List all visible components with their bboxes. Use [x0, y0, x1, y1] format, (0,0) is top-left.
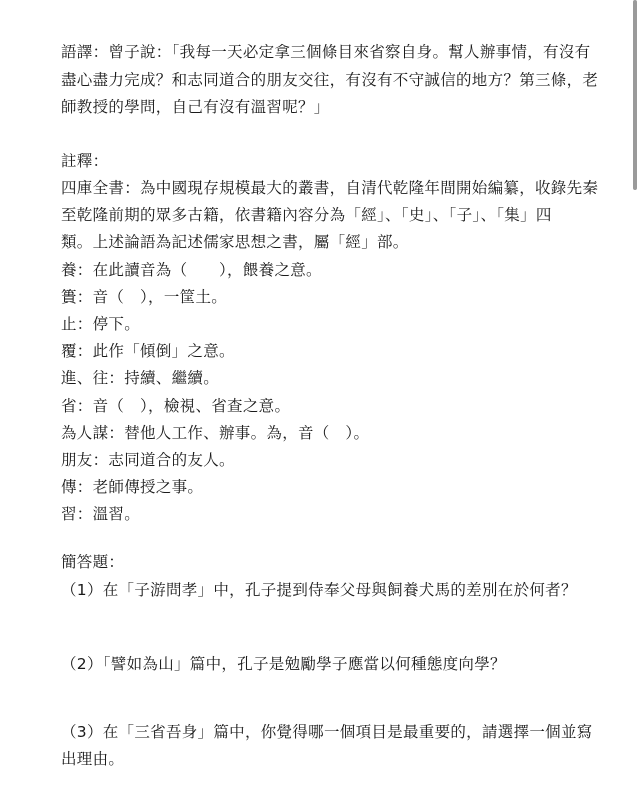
- note-line: 養：在此讀音為（ ），餵養之意。: [61, 260, 322, 280]
- question-3-continued: 出理由。: [61, 749, 124, 769]
- note-line: 四庫全書：為中國現存規模最大的叢書，自清代乾隆年間開始編纂，收錄先秦: [61, 178, 598, 198]
- question-1: （1）在「子游問孝」中，孔子提到侍奉父母與飼養犬馬的差別在於何者？: [61, 580, 577, 600]
- note-line: 傳：老師傳授之事。: [61, 477, 203, 497]
- note-line: 習：溫習。: [61, 504, 140, 524]
- notes-heading: 註釋：: [61, 151, 108, 171]
- vertical-scrollbar[interactable]: [630, 0, 640, 799]
- note-line: 朋友：志同道合的友人。: [61, 450, 235, 470]
- note-line: 覆：此作「傾倒」之意。: [61, 341, 235, 361]
- question-2: （2）「譬如為山」篇中，孔子是勉勵學子應當以何種態度向學？: [61, 654, 506, 674]
- note-line: 省：音（ ），檢視、省查之意。: [61, 396, 290, 416]
- questions-heading: 簡答題：: [61, 552, 124, 572]
- scrollbar-thumb[interactable]: [633, 0, 637, 190]
- question-3: （3）在「三省吾身」篇中，你覺得哪一個項目是最重要的，請選擇一個並寫: [61, 722, 593, 742]
- note-line: 類。上述論語為記述儒家思想之書，屬「經」部。: [61, 232, 409, 252]
- note-line: 進、往：持續、繼續。: [61, 368, 219, 388]
- note-line: 為人謀：替他人工作、辦事。為，音（ ）。: [61, 423, 369, 443]
- translation-line-3: 師教授的學問，自己有沒有溫習呢？」: [61, 97, 330, 117]
- note-line: 至乾隆前期的眾多古籍，依書籍內容分為「經」、「史」、「子」、「集」四: [61, 205, 552, 225]
- translation-line-1: 語譯：曾子說：「我每一天必定拿三個條目來省察自身。幫人辦事情，有沒有: [61, 42, 590, 62]
- note-line: 簣：音（ ），一筐土。: [61, 287, 227, 307]
- translation-line-2: 盡心盡力完成？和志同道合的朋友交往，有沒有不守誠信的地方？第三條，老: [61, 70, 598, 90]
- note-line: 止：停下。: [61, 314, 140, 334]
